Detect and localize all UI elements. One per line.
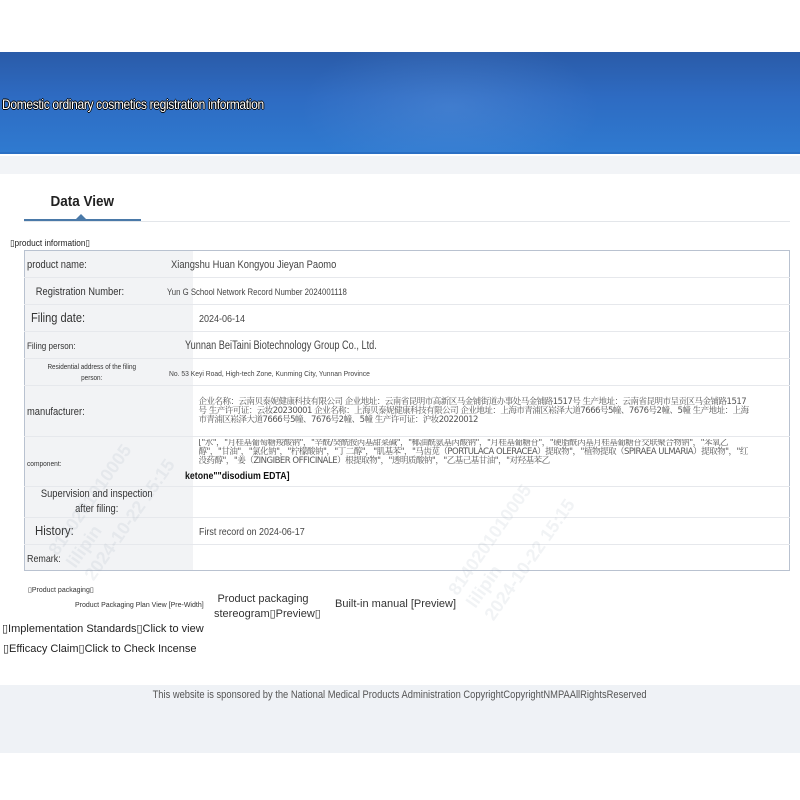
product-info-section-title: ▯product information▯ [10, 238, 90, 249]
filing-address-value: No. 53 Keyi Road, High-tech Zone, Kunmin… [169, 369, 370, 378]
product-name-value: Xiangshu Huan Kongyou Jieyan Paomo [171, 259, 336, 271]
manufacturer-value: 企业名称：云南贝泰妮健康科技有限公司 企业地址：云南省昆明市高新区马金铺街道办事… [199, 398, 750, 425]
banner-spacer [0, 156, 800, 174]
page-banner-title: Domestic ordinary cosmetics registration… [2, 96, 264, 112]
packaging-stereogram-preview-link[interactable]: Product packaging stereogram▯Preview▯ [214, 592, 312, 622]
row-label: History: [35, 523, 74, 538]
filing-person-value: Yunnan BeiTaini Biotechnology Group Co.,… [185, 340, 377, 352]
tab-data-view[interactable]: Data View [24, 192, 141, 221]
table-row: component: ["水"，"月桂基葡萄糖羧酸钠"，"辛酰/癸酰胺丙基甜菜碱… [25, 437, 790, 487]
table-row: Remark: [25, 545, 790, 571]
row-label: product name: [27, 259, 87, 271]
table-row: product name: Xiangshu Huan Kongyou Jiey… [25, 251, 790, 278]
remark-value [193, 545, 790, 571]
tab-label: Data View [51, 193, 115, 210]
product-info-table: product name: Xiangshu Huan Kongyou Jiey… [24, 250, 790, 571]
table-row: Registration Number: Yun G School Networ… [25, 278, 790, 305]
row-label: Filing person: [27, 341, 75, 352]
footer: This website is sponsored by the Nationa… [0, 685, 800, 753]
packaging-section-title: ▯Product packaging▯ [28, 586, 94, 594]
table-row: manufacturer: 企业名称：云南贝泰妮健康科技有限公司 企业地址：云南… [25, 386, 790, 437]
filing-date-value: 2024-06-14 [199, 314, 245, 325]
row-label: Filing date: [31, 310, 85, 325]
row-label: Registration Number: [36, 285, 124, 299]
component-value: ["水"，"月桂基葡萄糖羧酸钠"，"辛酰/癸酰胺丙基甜菜碱"，"椰油酰氨基丙酸钠… [199, 439, 750, 466]
packaging-plan-view-link[interactable]: Product Packaging Plan View [Pre-Width] [75, 602, 204, 609]
supervision-value [193, 487, 790, 518]
row-label: manufacturer: [27, 406, 85, 418]
table-row: History: First record on 2024-06-17 [25, 518, 790, 545]
row-label: Supervision and inspection after filing: [37, 487, 156, 517]
built-in-manual-preview-link[interactable]: Built-in manual [Preview] [335, 598, 456, 610]
table-row: Filing person: Yunnan BeiTaini Biotechno… [25, 332, 790, 359]
tab-bar: Data View [24, 192, 790, 222]
component-value-tail: ketone""disodium EDTA] [185, 471, 290, 482]
registration-number-value: Yun G School Network Record Number 20240… [167, 287, 347, 298]
history-value: First record on 2024-06-17 [199, 526, 305, 538]
table-row: Filing date: 2024-06-14 [25, 305, 790, 332]
header-banner: Domestic ordinary cosmetics registration… [0, 52, 800, 154]
table-row: Supervision and inspection after filing: [25, 487, 790, 518]
packaging-section: ▯Product packaging▯ Product Packaging Pl… [0, 584, 800, 684]
tab-active-caret-icon [76, 214, 86, 219]
efficacy-claim-link[interactable]: ▯Efficacy Claim▯Click to Check Incense [3, 642, 196, 655]
row-label: Remark: [27, 553, 61, 565]
main-content: Data View ▯product information▯ product … [0, 174, 800, 684]
implementation-standards-link[interactable]: ▯Implementation Standards▯Click to view [2, 622, 204, 635]
footer-copyright-text: This website is sponsored by the Nationa… [153, 689, 647, 701]
table-row: Residential address of the filing person… [25, 359, 790, 386]
row-label: component: [27, 459, 61, 468]
row-label: Residential address of the filing person… [37, 361, 147, 383]
